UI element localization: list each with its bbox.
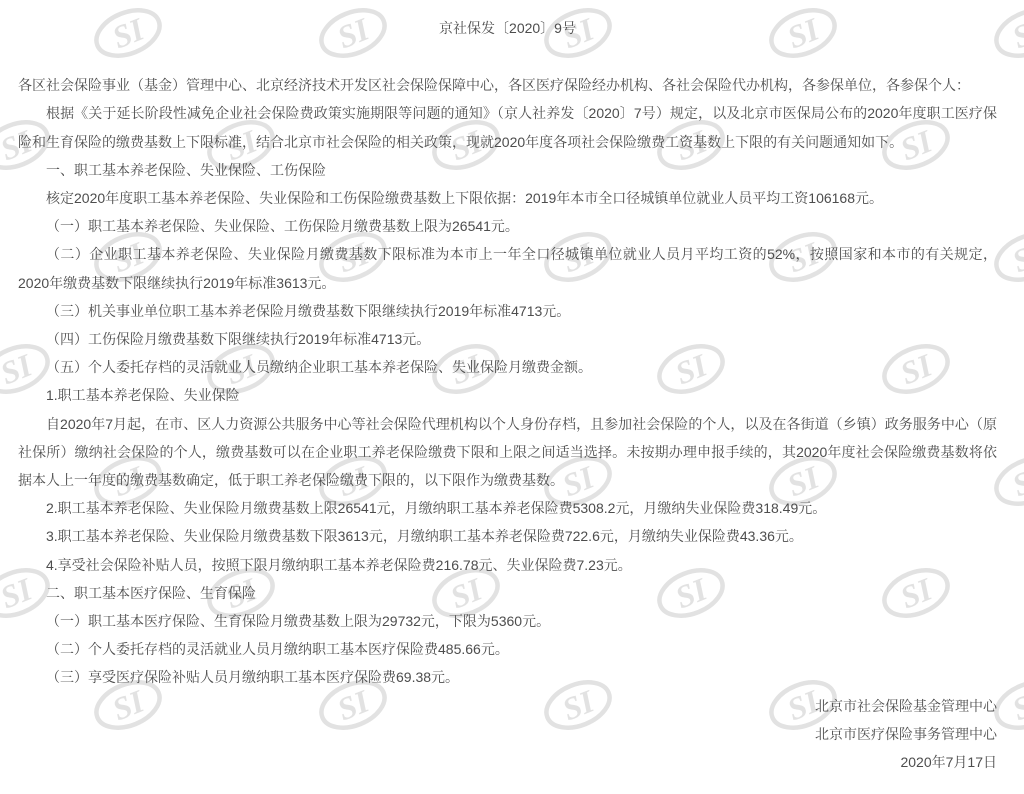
heading-section-1: 一、职工基本养老保险、失业保险、工伤保险 — [18, 156, 997, 184]
item-1-4: （四）工伤保险月缴费基数下限继续执行2019年标准4713元。 — [18, 325, 997, 353]
subitem-3: 3.职工基本养老保险、失业保险月缴费基数下限3613元，月缴纳职工基本养老保险费… — [18, 522, 997, 550]
paragraph-salutation: 各区社会保险事业（基金）管理中心、北京经济技术开发区社会保险保障中心，各区医疗保… — [18, 71, 997, 99]
signature-date: 2020年7月17日 — [18, 748, 997, 776]
signature-org-1: 北京市社会保险基金管理中心 — [18, 692, 997, 720]
subitem-1-heading: 1.职工基本养老保险、失业保险 — [18, 381, 997, 409]
subitem-4: 4.享受社会保险补贴人员，按照下限月缴纳职工基本养老保险费216.78元、失业保… — [18, 551, 997, 579]
item-1-1: （一）职工基本养老保险、失业保险、工伤保险月缴费基数上限为26541元。 — [18, 212, 997, 240]
doc-number: 京社保发〔2020〕9号 — [18, 14, 997, 42]
signature-org-2: 北京市医疗保险事务管理中心 — [18, 720, 997, 748]
item-1-5: （五）个人委托存档的灵活就业人员缴纳企业职工基本养老保险、失业保险月缴费金额。 — [18, 353, 997, 381]
subitem-2: 2.职工基本养老保险、失业保险月缴费基数上限26541元，月缴纳职工基本养老保险… — [18, 494, 997, 522]
item-2-3: （三）享受医疗保险补贴人员月缴纳职工基本医疗保险费69.38元。 — [18, 663, 997, 691]
item-1-2: （二）企业职工基本养老保险、失业保险月缴费基数下限标准为本市上一年全口径城镇单位… — [18, 240, 997, 296]
item-1-3: （三）机关事业单位职工基本养老保险月缴费基数下限继续执行2019年标准4713元… — [18, 297, 997, 325]
item-2-2: （二）个人委托存档的灵活就业人员月缴纳职工基本医疗保险费485.66元。 — [18, 635, 997, 663]
notice-document: 京社保发〔2020〕9号 各区社会保险事业（基金）管理中心、北京经济技术开发区社… — [0, 0, 1024, 776]
document-page: SI SI SI SI SI SI SI — [0, 0, 1024, 794]
item-2-1: （一）职工基本医疗保险、生育保险月缴费基数上限为29732元，下限为5360元。 — [18, 607, 997, 635]
heading-section-2: 二、职工基本医疗保险、生育保险 — [18, 579, 997, 607]
paragraph-base-determination: 核定2020年度职工基本养老保险、失业保险和工伤保险缴费基数上下限依据：2019… — [18, 184, 997, 212]
paragraph-flexible-employment: 自2020年7月起，在市、区人力资源公共服务中心等社会保险代理机构以个人身份存档… — [18, 410, 997, 495]
paragraph-intro: 根据《关于延长阶段性减免企业社会保险费政策实施期限等问题的通知》（京人社养发〔2… — [18, 99, 997, 155]
